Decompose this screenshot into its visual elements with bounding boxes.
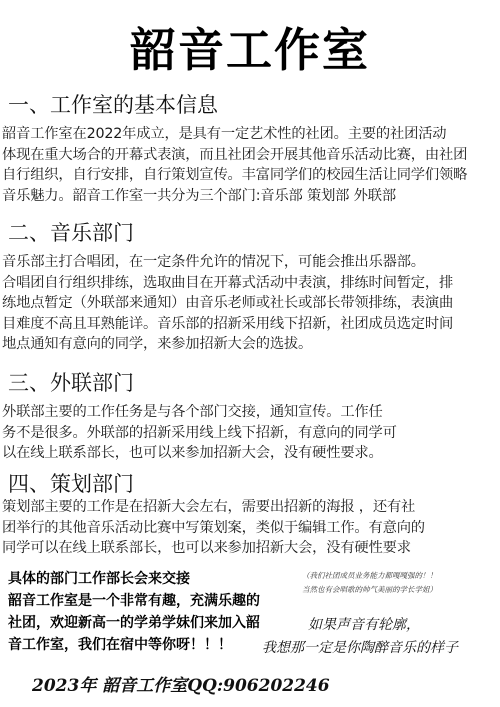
text-line: 社团，欢迎新高一的学弟学妹们来加入韶 [8,612,260,634]
section-body-outreach: 外联部主要的工作任务是与各个部门交接，通知宣传。工作任 务不是很多。外联部的招新… [2,402,498,464]
text-line: 当然也有会唱歌的帅气美丽的学长学姐） [302,583,437,597]
handwritten-quote-1: 如果声音有轮廓， [308,614,420,634]
section-body-planning: 策划部主要的工作是在招新大会左右，需要出招新的海报 ，还有社 团举行的其他音乐活… [2,497,498,559]
text-line: 合唱团自行组织排练，选取曲目在开幕式活动中表演，排练时间暂定，排 [2,273,498,294]
handwritten-note: （我们社团成员业务能力都嘎嘎强的！！ 当然也有会唱歌的帅气美丽的学长学姐） [302,569,437,597]
text-line: 练地点暂定（外联部来通知）由音乐老师或社长或部长带领排练，表演曲 [2,293,498,314]
text-line: 同学可以在线上联系部长，也可以来参加招新大会，没有硬性要求 [2,538,498,559]
footer-contact: 2023年 韶音工作室QQ:906202246 [32,671,330,696]
text-line: 以在线上联系部长，也可以来参加招新大会，没有硬性要求。 [2,443,498,464]
text-line: 韶音工作室在2022年成立，是具有一定艺术性的社团。主要的社团活动 [2,124,498,145]
text-line: 音乐魅力。韶音工作室一共分为三个部门:音乐部 策划部 外联部 [2,186,498,207]
text-line: 团举行的其他音乐活动比赛中写策划案，类似于编辑工作。有意向的 [2,518,498,539]
welcome-message: 具体的部门工作部长会来交接 韶音工作室是一个非常有趣，充满乐趣的 社团，欢迎新高… [8,568,260,656]
section-heading-planning: 四、策划部门 [8,471,134,497]
section-body-music: 音乐部主打合唱团，在一定条件允许的情况下，可能会推出乐器部。 合唱团自行组织排练… [2,252,498,355]
text-line: 自行组织，自行安排，自行策划宣传。丰富同学们的校园生活让同学们领略 [2,165,498,186]
text-line: 具体的部门工作部长会来交接 [8,568,260,590]
text-line: 音工作室，我们在宿中等你呀！！！ [8,634,260,656]
text-line: 务不是很多。外联部的招新采用线上线下招新，有意向的同学可 [2,423,498,444]
text-line: 地点通知有意向的同学，来参加招新大会的选拔。 [2,334,498,355]
text-line: 目难度不高且耳熟能详。音乐部的招新采用线下招新，社团成员选定时间 [2,314,498,335]
text-line: 韶音工作室是一个非常有趣，充满乐趣的 [8,590,260,612]
text-line: 外联部主要的工作任务是与各个部门交接，通知宣传。工作任 [2,402,498,423]
text-line: 体现在重大场合的开幕式表演，而且社团会开展其他音乐活动比赛，由社团 [2,145,498,166]
text-line: 音乐部主打合唱团，在一定条件允许的情况下，可能会推出乐器部。 [2,252,498,273]
section-heading-music: 二、音乐部门 [8,220,134,246]
handwritten-quote-2: 我想那一定是你陶醉音乐的样子 [262,637,458,657]
section-heading-basic-info: 一、工作室的基本信息 [8,92,218,118]
section-heading-outreach: 三、外联部门 [8,370,134,396]
section-body-basic-info: 韶音工作室在2022年成立，是具有一定艺术性的社团。主要的社团活动 体现在重大场… [2,124,498,206]
text-line: （我们社团成员业务能力都嘎嘎强的！！ [302,569,437,583]
text-line: 策划部主要的工作是在招新大会左右，需要出招新的海报 ，还有社 [2,497,498,518]
page-title: 韶音工作室 [0,22,500,78]
